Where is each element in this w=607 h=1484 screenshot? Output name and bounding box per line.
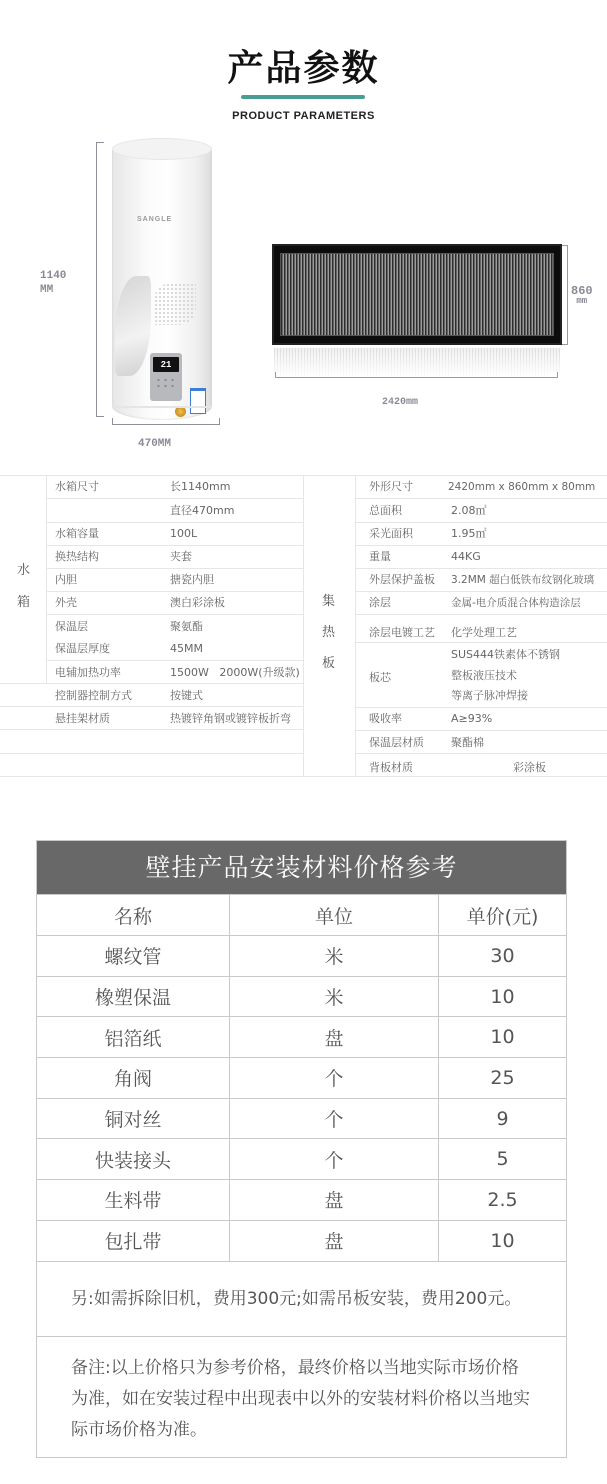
title-underline — [241, 95, 365, 99]
divider — [47, 522, 303, 523]
tank-bottom-ring — [112, 406, 212, 408]
item-name: 生料带 — [37, 1180, 230, 1220]
panel-width-label: 2420mm — [382, 396, 418, 410]
table-row: 包扎带 盘 10 — [37, 1220, 566, 1261]
spec-name: 保温层材质 — [369, 736, 424, 750]
spec-name: 外形尺寸 — [369, 480, 413, 494]
divider — [46, 475, 47, 683]
item-name: 包扎带 — [37, 1221, 230, 1261]
spec-name: 吸收率 — [369, 712, 402, 726]
divider — [0, 729, 303, 730]
spec-name: 总面积 — [369, 504, 402, 518]
item-price: 5 — [439, 1139, 566, 1179]
divider — [47, 614, 303, 615]
spec-value: 1500W 2000W(升级款) — [170, 666, 300, 680]
spec-value: 1.95㎡ — [451, 527, 487, 541]
item-name: 橡塑保温 — [37, 977, 230, 1017]
table-row: 铝箔纸 盘 10 — [37, 1016, 566, 1057]
table-row: 角阀 个 25 — [37, 1057, 566, 1098]
page-title: 产品参数 — [0, 40, 607, 91]
item-price: 10 — [439, 977, 566, 1017]
item-name: 螺纹管 — [37, 936, 230, 976]
divider — [355, 498, 607, 499]
item-unit: 盘 — [230, 1017, 439, 1057]
energy-label-icon — [190, 388, 206, 414]
group-label-water-tank: 水 箱 — [17, 562, 30, 612]
item-name: 角阀 — [37, 1058, 230, 1098]
price-table-title: 壁挂产品安装材料价格参考 — [37, 841, 566, 894]
spec-value: 金属-电介质混合体构造涂层 — [451, 596, 581, 610]
spec-name: 内胆 — [55, 573, 77, 587]
decorative-swoosh — [115, 276, 151, 376]
item-unit: 盘 — [230, 1180, 439, 1220]
spec-value: 100L — [170, 527, 197, 541]
spec-name: 水箱尺寸 — [55, 480, 99, 494]
item-unit: 盘 — [230, 1221, 439, 1261]
tank-width-label: 470MM — [138, 437, 171, 451]
item-price: 10 — [439, 1017, 566, 1057]
group-label-char: 水 — [17, 562, 30, 580]
divider — [47, 591, 303, 592]
divider — [355, 730, 607, 731]
spec-name: 悬挂架材质 — [55, 712, 110, 726]
price-remark: 备注:以上价格只为参考价格，最终价格以当地实际市场价格为准，如在安装过程中出现表… — [37, 1336, 566, 1457]
tank-height-unit: MM — [40, 283, 66, 297]
divider — [303, 475, 304, 777]
spec-value: 澳白彩涂板 — [170, 596, 225, 610]
group-label-char: 箱 — [17, 594, 30, 612]
spec-value: 直径470mm — [170, 504, 234, 518]
table-row: 橡塑保温 米 10 — [37, 976, 566, 1017]
spec-name: 外层保护盖板 — [369, 573, 435, 587]
item-unit: 个 — [230, 1058, 439, 1098]
group-label-char: 集 — [322, 593, 335, 611]
spec-value: 2.08㎡ — [451, 504, 487, 518]
price-table: 壁挂产品安装材料价格参考 名称 单位 单价(元) 螺纹管 米 30 橡塑保温 米… — [36, 840, 567, 1458]
spec-name: 外壳 — [55, 596, 77, 610]
spec-value: 热镀锌角钢或镀锌板折弯 — [170, 712, 291, 726]
column-header-unit: 单位 — [230, 895, 439, 935]
spec-value: 夹套 — [170, 550, 192, 564]
column-header-price: 单价(元) — [439, 895, 566, 935]
spec-value: 搪瓷内胆 — [170, 573, 214, 587]
group-label-collector: 集 热 板 — [322, 593, 335, 673]
tank-height-value: 1140 — [40, 269, 66, 283]
water-tank-image: SANGLE 21 — [112, 138, 212, 420]
column-header-name: 名称 — [37, 895, 230, 935]
decorative-dots — [154, 283, 196, 325]
collector-fins — [280, 253, 554, 336]
item-price: 2.5 — [439, 1180, 566, 1220]
spec-value: 长1140mm — [170, 480, 230, 494]
spec-value: A≥93% — [451, 712, 492, 726]
spec-value: 聚氨酯 — [170, 620, 203, 634]
spec-table: 水 箱 水箱尺寸 长1140mm 直径470mm 水箱容量 100L 换热结构 … — [0, 475, 607, 777]
page-subtitle: PRODUCT PARAMETERS — [0, 110, 607, 122]
spec-name: 涂层电镀工艺 — [369, 626, 435, 640]
spec-value: 45MM — [170, 642, 203, 656]
item-unit: 米 — [230, 936, 439, 976]
panel-width-dimension-line — [275, 372, 558, 378]
spec-name: 换热结构 — [55, 550, 99, 564]
solar-collector-image — [272, 244, 562, 345]
spec-value: SUS444铁素体不锈钢 — [451, 648, 560, 662]
spec-name: 水箱容量 — [55, 527, 99, 541]
spec-name: 电辅加热功率 — [55, 666, 121, 680]
width-dimension-line — [112, 418, 220, 425]
tank-top — [112, 138, 212, 160]
panel-height-value: 860 — [571, 286, 593, 296]
divider — [355, 545, 607, 546]
spec-value: 44KG — [451, 550, 481, 564]
divider — [355, 591, 607, 592]
divider — [0, 683, 303, 684]
spec-name: 采光面积 — [369, 527, 413, 541]
spec-name: 涂层 — [369, 596, 391, 610]
table-row: 螺纹管 米 30 — [37, 935, 566, 976]
item-name: 铝箔纸 — [37, 1017, 230, 1057]
panel-height-dimension-line — [562, 245, 568, 345]
divider — [47, 660, 303, 661]
divider — [355, 642, 607, 643]
divider — [0, 706, 303, 707]
spec-name: 保温层 — [55, 620, 88, 634]
control-panel: 21 — [150, 353, 182, 401]
spec-name: 背板材质 — [369, 761, 413, 775]
divider — [355, 522, 607, 523]
divider — [355, 707, 607, 708]
spec-name: 控制器控制方式 — [55, 689, 132, 703]
divider — [47, 498, 303, 499]
divider — [47, 545, 303, 546]
panel-height-label: 860 mm — [571, 286, 593, 306]
price-table-header: 名称 单位 单价(元) — [37, 894, 566, 935]
item-price: 30 — [439, 936, 566, 976]
spec-value: 2420mm x 860mm x 80mm — [448, 480, 595, 494]
spec-value: 化学处理工艺 — [451, 626, 517, 640]
height-dimension-line — [96, 142, 104, 417]
divider — [355, 568, 607, 569]
item-unit: 个 — [230, 1139, 439, 1179]
item-price: 25 — [439, 1058, 566, 1098]
spec-value: 3.2MM 超白低铁布纹钢化玻璃 — [451, 573, 594, 587]
spec-value: 按键式 — [170, 689, 203, 703]
item-name: 快装接头 — [37, 1139, 230, 1179]
item-price: 10 — [439, 1221, 566, 1261]
divider — [0, 753, 303, 754]
table-row: 快装接头 个 5 — [37, 1138, 566, 1179]
divider — [355, 614, 607, 615]
item-price: 9 — [439, 1099, 566, 1139]
group-label-char: 热 — [322, 624, 335, 642]
brand-logo: SANGLE — [137, 216, 172, 223]
spec-value: 等离子脉冲焊接 — [451, 689, 528, 703]
spec-name: 保温层厚度 — [55, 642, 110, 656]
spec-name: 重量 — [369, 550, 391, 564]
spec-name: 板芯 — [369, 671, 391, 685]
spec-value: 整板液压技术 — [451, 669, 517, 683]
divider — [47, 568, 303, 569]
extra-fee-note: 另:如需拆除旧机，费用300元;如需吊板安装，费用200元。 — [37, 1261, 566, 1336]
table-row: 生料带 盘 2.5 — [37, 1179, 566, 1220]
item-name: 铜对丝 — [37, 1099, 230, 1139]
item-unit: 米 — [230, 977, 439, 1017]
panel-buttons-icon — [155, 377, 177, 389]
spec-value: 彩涂板 — [513, 761, 546, 775]
divider — [355, 753, 607, 754]
table-row: 铜对丝 个 9 — [37, 1098, 566, 1139]
group-label-char: 板 — [322, 655, 335, 673]
divider — [355, 475, 356, 777]
temperature-display: 21 — [153, 357, 179, 372]
item-unit: 个 — [230, 1099, 439, 1139]
spec-value: 聚酯棉 — [451, 736, 484, 750]
tank-height-label: 1140 MM — [40, 269, 66, 297]
